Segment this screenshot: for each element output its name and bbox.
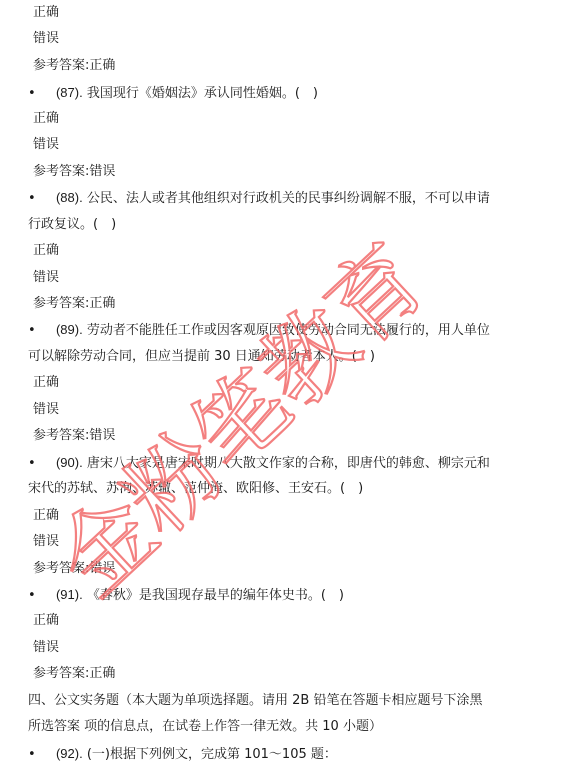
bullet-icon: • [28,323,36,338]
reference-answer: 参考答案:错误 [33,164,115,180]
option-correct: 正确 [33,111,59,127]
option-correct: 正确 [33,5,59,21]
reference-answer: 参考答案:正确 [33,58,115,74]
question-90: • (90). 唐宋八大家是唐宋时期八大散文作家的合称，即唐代的韩愈、柳宗元和 [28,455,490,472]
bullet-icon: • [28,456,36,471]
option-wrong: 错误 [33,137,59,153]
question-text: 公民、法人或者其他组织对行政机关的民事纠纷调解不服，不可以申请 [87,191,490,206]
section-heading: 四、公文实务题（本大题为单项选择题。请用 2B 铅笔在答题卡相应题号下涂黑 [28,693,482,709]
option-wrong: 错误 [33,270,59,286]
option-wrong: 错误 [33,402,59,418]
option-correct: 正确 [33,375,59,391]
section-heading-continuation: 所选答案 项的信息点，在试卷上作答一律无效。共 10 小题） [28,719,382,735]
question-text: 劳动者不能胜任工作或因客观原因致使劳动合同无法履行的，用人单位 [87,323,490,338]
option-correct: 正确 [33,613,59,629]
option-correct: 正确 [33,508,59,524]
question-number: (91). [56,587,83,602]
question-91: • (91). 《春秋》是我国现存最早的编年体史书。( ) [28,587,344,604]
option-wrong: 错误 [33,31,59,47]
option-wrong: 错误 [33,640,59,656]
document-page: 正确 错误 参考答案:正确 • (87). 我国现行《婚姻法》承认同性婚姻。( … [0,0,581,768]
reference-answer: 参考答案:正确 [33,666,115,682]
question-89: • (89). 劳动者不能胜任工作或因客观原因致使劳动合同无法履行的，用人单位 [28,322,490,339]
option-correct: 正确 [33,243,59,259]
question-92: • (92). (一)根据下列例文，完成第 101～105 题： [28,746,337,763]
bullet-icon: • [28,191,36,206]
question-text: 我国现行《婚姻法》承认同性婚姻。( ) [87,86,318,101]
question-88: • (88). 公民、法人或者其他组织对行政机关的民事纠纷调解不服，不可以申请 [28,190,490,207]
reference-answer: 参考答案:错误 [33,561,115,577]
bullet-icon: • [28,86,36,101]
question-continuation: 可以解除劳动合同，但应当提前 30 日通知劳动者本人。( ) [28,349,375,365]
question-number: (92). [56,746,83,761]
question-number: (88). [56,190,83,205]
reference-answer: 参考答案:正确 [33,296,115,312]
question-continuation: 行政复议。( ) [28,217,116,233]
bullet-icon: • [28,588,36,603]
bullet-icon: • [28,747,36,762]
question-number: (90). [56,455,83,470]
question-text: (一)根据下列例文，完成第 101～105 题： [87,747,337,762]
question-number: (87). [56,85,83,100]
question-continuation: 宋代的苏轼、苏洵、苏辙、范仲淹、欧阳修、王安石。( ) [28,481,363,497]
option-wrong: 错误 [33,534,59,550]
question-number: (89). [56,322,83,337]
question-87: • (87). 我国现行《婚姻法》承认同性婚姻。( ) [28,85,318,102]
reference-answer: 参考答案:错误 [33,428,115,444]
question-text: 《春秋》是我国现存最早的编年体史书。( ) [87,588,344,603]
question-text: 唐宋八大家是唐宋时期八大散文作家的合称，即唐代的韩愈、柳宗元和 [87,456,490,471]
